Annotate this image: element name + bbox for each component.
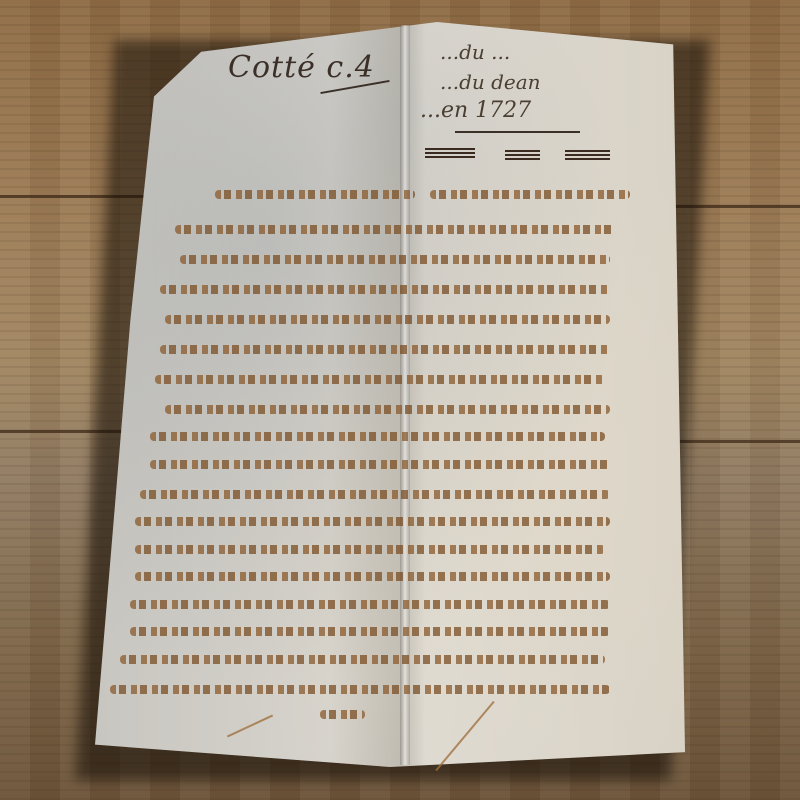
header-line-1: ...du ... xyxy=(440,40,510,64)
header-underline xyxy=(455,131,580,133)
crossed-out-word xyxy=(565,150,610,160)
document-fold xyxy=(400,25,410,765)
header-line-3: ...en 1727 xyxy=(420,98,531,123)
header-line-2: ...du dean xyxy=(440,70,541,94)
document-title-mark: Cotté c.4 xyxy=(228,50,375,85)
crossed-out-word xyxy=(425,148,475,158)
crossed-out-word xyxy=(505,150,540,160)
